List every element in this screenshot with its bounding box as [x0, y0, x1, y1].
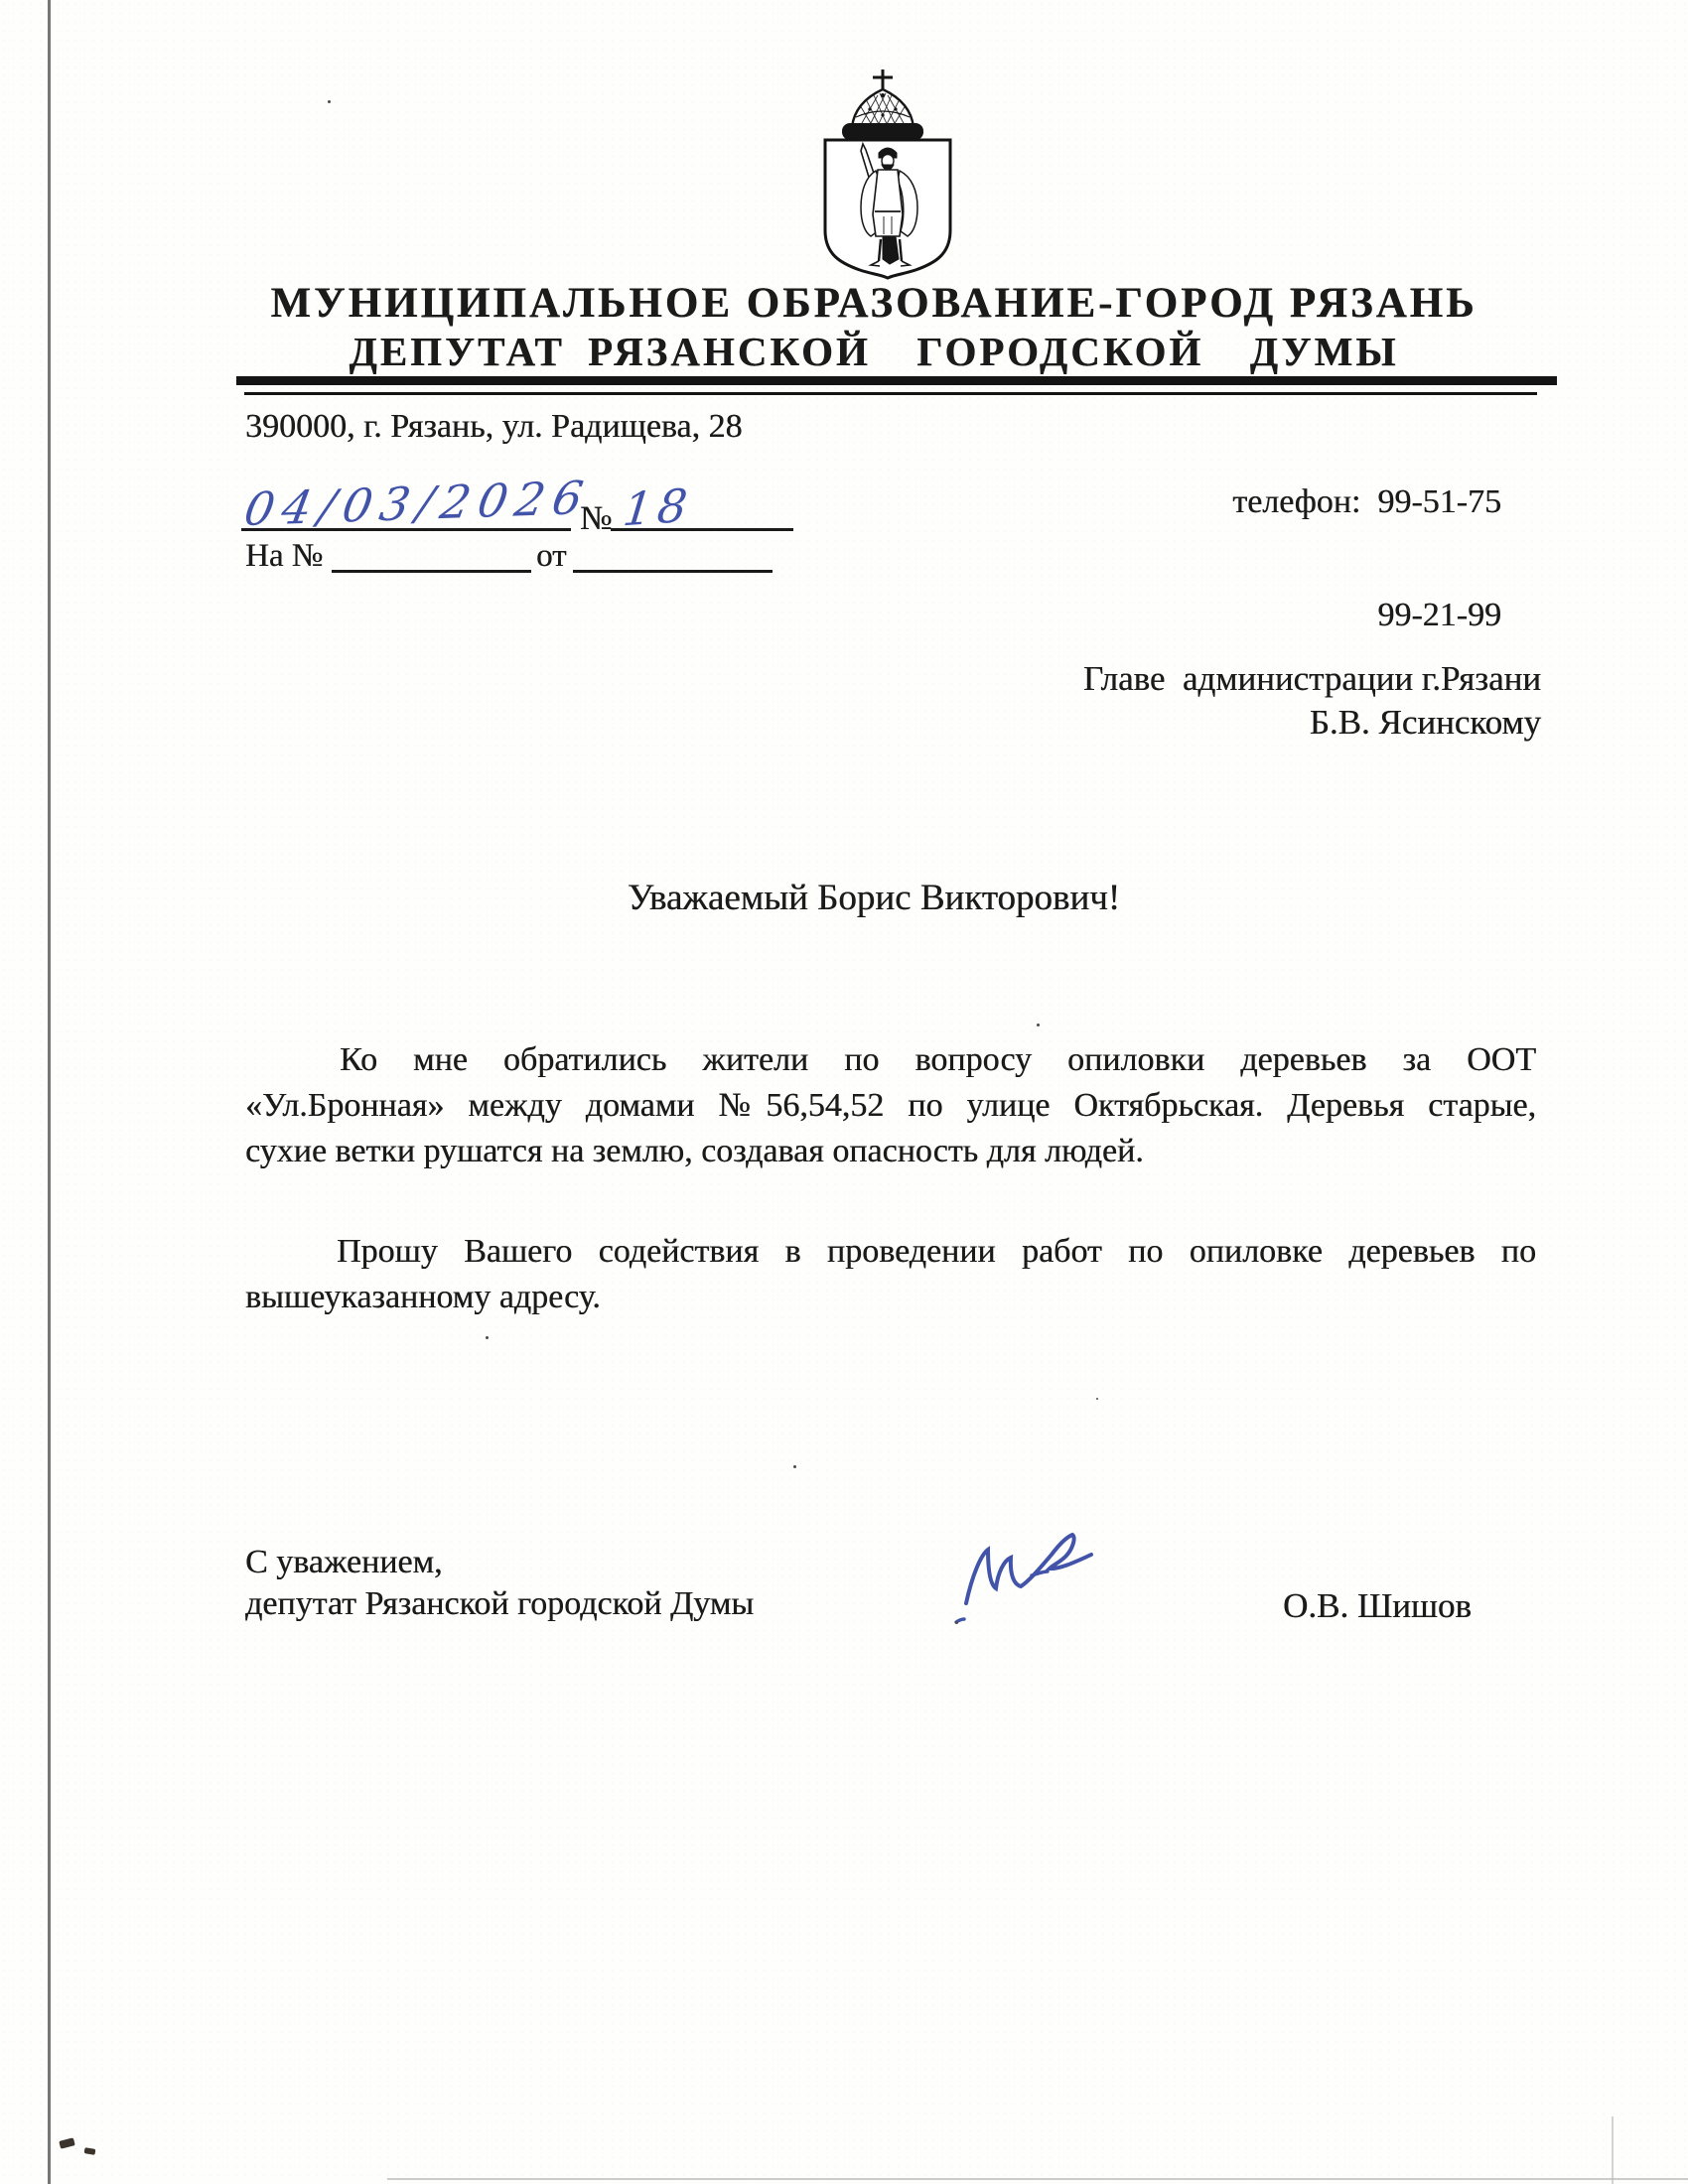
recipient-block: Главе администрации г.Рязани Б.В. Ясинск… — [884, 657, 1541, 745]
scan-edge-line-left — [48, 0, 51, 2184]
reply-from-label: от — [536, 540, 567, 572]
reply-to-label: На № — [245, 540, 323, 572]
reply-date-underline — [573, 570, 773, 573]
outgoing-number-sign: № — [580, 500, 612, 538]
number-underline — [611, 528, 793, 531]
closing-position: депутат Рязанской городской Думы — [245, 1583, 754, 1625]
emblem-crown-dome — [852, 89, 914, 127]
scan-edge-line-bottom-right — [1612, 2116, 1614, 2184]
header-rule-thick — [236, 376, 1557, 385]
recipient-name: Б.В. Ясинскому — [884, 701, 1541, 745]
date-underline — [241, 528, 571, 531]
org-address: 390000, г. Рязань, ул. Радищева, 28 — [245, 408, 743, 446]
reply-number-underline — [332, 570, 531, 573]
paragraph-1-line1: Ко мне обратились жители по вопросу опил… — [340, 1037, 1536, 1083]
scan-blob — [84, 2147, 96, 2155]
scan-blob — [59, 2137, 74, 2148]
scan-speck — [328, 100, 331, 103]
paragraph-1-line3: сухие ветки рушатся на землю, создавая о… — [245, 1129, 1536, 1174]
paragraph-1: Ко мне обратились жители по вопросу опил… — [245, 1037, 1536, 1174]
paragraph-1-line2: «Ул.Бронная» между домами №56,54,52 по у… — [245, 1083, 1536, 1129]
recipient-position: Главе администрации г.Рязани — [884, 657, 1541, 701]
paragraph-2-line2: вышеуказанному адресу. — [245, 1275, 1536, 1320]
scan-speck — [486, 1336, 489, 1339]
signer-name: О.В. Шишов — [1283, 1585, 1472, 1627]
scan-speck — [793, 1465, 796, 1468]
handwritten-date: 04/03/2026 — [240, 471, 595, 536]
ryazan-coat-of-arms-emblem — [822, 66, 953, 282]
emblem-cross — [873, 69, 893, 90]
closing-regards: С уважением, — [245, 1542, 754, 1583]
scan-speck — [1037, 1024, 1040, 1026]
org-title-line1: МУНИЦИПАЛЬНОЕ ОБРАЗОВАНИЕ-ГОРОД РЯЗАНЬ — [179, 282, 1569, 326]
emblem-crown-band — [842, 123, 923, 140]
salutation: Уважаемый Борис Викторович! — [228, 877, 1519, 920]
handwritten-signature — [948, 1524, 1122, 1633]
paragraph-2-line1: Прошу Вашего содействия в проведении раб… — [337, 1229, 1536, 1275]
closing-block: С уважением, депутат Рязанской городской… — [245, 1542, 754, 1625]
phone-line1: телефон: 99-51-75 — [1092, 483, 1501, 521]
phone-line2: 99-21-99 — [1092, 597, 1501, 634]
paragraph-2: Прошу Вашего содействия в проведении раб… — [245, 1229, 1536, 1320]
org-title-line2: ДЕПУТАТ РЯЗАНСКОЙ ГОРОДСКОЙ ДУМЫ — [179, 331, 1569, 372]
scan-speck — [1096, 1398, 1098, 1400]
scanned-letter-page: МУНИЦИПАЛЬНОЕ ОБРАЗОВАНИЕ-ГОРОД РЯЗАНЬ Д… — [0, 0, 1688, 2184]
header-rule-thin — [244, 392, 1537, 395]
scan-edge-line-bottom — [387, 2178, 1688, 2180]
scan-speck — [955, 1621, 958, 1624]
